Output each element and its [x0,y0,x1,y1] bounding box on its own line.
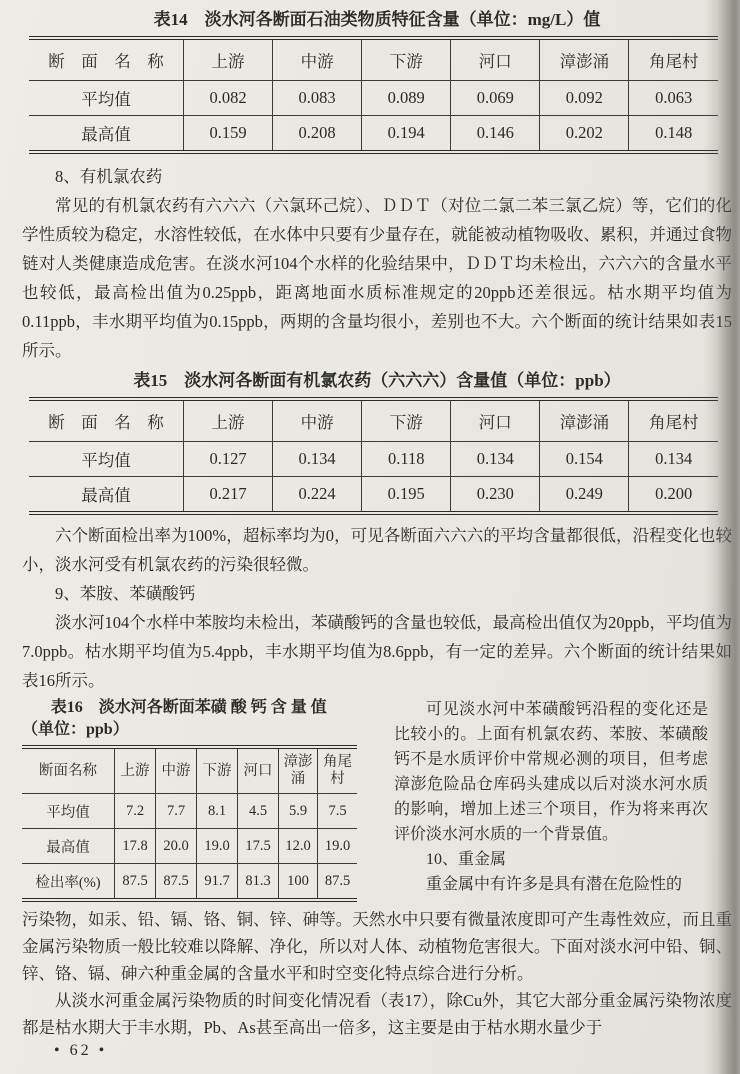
table16-block: 表16 淡水河各断面苯磺 酸 钙 含 量 值 （单位：ppb） 断面名称上游中游… [22,697,366,902]
value-cell: 20.0 [156,829,197,864]
value-cell: 7.7 [156,794,197,829]
table-16: 断面名称上游中游下游河口漳澎涌角尾村平均值7.27.78.14.55.97.5最… [22,745,366,902]
value-cell: 0.134 [273,442,362,477]
value-cell: 0.069 [451,81,540,116]
value-cell: 87.5 [318,864,358,901]
value-cell: 0.118 [362,442,451,477]
column-header-cell: 角尾村 [318,747,358,794]
table16-title: 表16 淡水河各断面苯磺 酸 钙 含 量 值 （单位：ppb） [22,697,366,741]
table16-title-line2: （单位：ppb） [22,719,366,741]
right-text-column: 可见淡水河中苯磺酸钙沿程的变化还是比较小的。上面有机氯农药、苯胺、苯磺酸钙不是水… [394,697,708,902]
value-cell: 0.083 [273,81,362,116]
section9-heading: 9、苯胺、苯磺酸钙 [22,579,732,608]
value-cell: 0.134 [629,442,718,477]
table-14: 断 面 名 称上游中游下游河口漳澎涌角尾村平均值0.0820.0830.0890… [22,36,732,154]
column-header-cell: 角尾村 [629,399,718,442]
table16-title-line1: 表16 淡水河各断面苯磺 酸 钙 含 量 值 [22,697,366,719]
section9-paragraph: 淡水河104个水样中苯胺均未检出，苯磺酸钙的含量也较低，最高检出值仅为20ppb… [22,608,732,695]
page-content: 表14 淡水河各断面石油类物质特征含量（单位：mg/L）值 断 面 名 称上游中… [0,0,740,1041]
column-header-cell: 断面名称 [22,747,115,794]
column-header-cell: 河口 [451,399,540,442]
right-column-paragraph: 可见淡水河中苯磺酸钙沿程的变化还是比较小的。上面有机氯农药、苯胺、苯磺酸钙不是水… [394,697,708,847]
row-label-cell: 平均值 [29,81,184,116]
data-table: 断 面 名 称上游中游下游河口漳澎涌角尾村平均值0.1270.1340.1180… [29,397,718,515]
row-label-cell: 平均值 [29,442,184,477]
value-cell: 0.224 [273,477,362,514]
row-label-cell: 最高值 [29,116,184,153]
column-header-cell: 漳澎涌 [540,38,629,81]
value-cell: 17.8 [115,829,156,864]
row-label-cell: 最高值 [22,829,115,864]
column-header-cell: 角尾村 [629,38,718,81]
column-header-cell: 中游 [273,399,362,442]
section10-paragraph-start: 重金属中有许多是具有潜在危险性的 [394,872,708,897]
column-header-cell: 中游 [156,747,197,794]
column-header-cell: 漳澎涌 [540,399,629,442]
column-header-cell: 下游 [362,38,451,81]
section10-heading: 10、重金属 [394,847,708,872]
column-header-cell: 上游 [115,747,156,794]
section10-paragraph-continued: 污染物，如汞、铅、镉、铬、铜、锌、砷等。天然水中只要有微量浓度即可产生毒性效应，… [22,906,732,987]
value-cell: 17.5 [238,829,279,864]
column-header-cell: 中游 [273,38,362,81]
two-column-block: 表16 淡水河各断面苯磺 酸 钙 含 量 值 （单位：ppb） 断面名称上游中游… [22,697,732,902]
value-cell: 0.089 [362,81,451,116]
value-cell: 100 [279,864,318,901]
section10-paragraph-2: 从淡水河重金属污染物质的时间变化情况看（表17），除Cu外，其它大部分重金属污染… [22,987,732,1041]
row-label-cell: 检出率(%) [22,864,115,901]
value-cell: 0.154 [540,442,629,477]
page-number: • 62 • [54,1042,107,1060]
value-cell: 7.2 [115,794,156,829]
value-cell: 0.082 [184,81,273,116]
table15-title: 表15 淡水河各断面有机氯农药（六六六）含量值（单位：ppb） [22,369,732,393]
column-header-cell: 断 面 名 称 [29,399,184,442]
value-cell: 0.134 [451,442,540,477]
column-header-cell: 下游 [362,399,451,442]
section8-heading: 8、有机氯农药 [22,162,732,191]
value-cell: 0.217 [184,477,273,514]
row-label-cell: 平均值 [22,794,115,829]
value-cell: 0.063 [629,81,718,116]
column-header-cell: 断 面 名 称 [29,38,184,81]
value-cell: 0.249 [540,477,629,514]
value-cell: 19.0 [197,829,238,864]
value-cell: 0.208 [273,116,362,153]
value-cell: 0.127 [184,442,273,477]
value-cell: 0.230 [451,477,540,514]
column-header-cell: 上游 [184,38,273,81]
column-header-cell: 河口 [238,747,279,794]
table14-title: 表14 淡水河各断面石油类物质特征含量（单位：mg/L）值 [22,8,732,32]
table-15: 断 面 名 称上游中游下游河口漳澎涌角尾村平均值0.1270.1340.1180… [22,397,732,515]
value-cell: 5.9 [279,794,318,829]
scanned-page: 表14 淡水河各断面石油类物质特征含量（单位：mg/L）值 断 面 名 称上游中… [0,0,740,1074]
value-cell: 87.5 [156,864,197,901]
value-cell: 0.200 [629,477,718,514]
column-header-cell: 河口 [451,38,540,81]
value-cell: 0.195 [362,477,451,514]
value-cell: 12.0 [279,829,318,864]
value-cell: 0.146 [451,116,540,153]
value-cell: 0.159 [184,116,273,153]
data-table: 断 面 名 称上游中游下游河口漳澎涌角尾村平均值0.0820.0830.0890… [29,36,718,154]
value-cell: 19.0 [318,829,358,864]
value-cell: 4.5 [238,794,279,829]
value-cell: 0.148 [629,116,718,153]
value-cell: 81.3 [238,864,279,901]
after-table15-paragraph: 六个断面检出率为100%，超标率均为0，可见各断面六六六的平均含量都很低，沿程变… [22,521,732,579]
section8-paragraph: 常见的有机氯农药有六六六（六氯环己烷）、ＤＤＴ（对位二氯二苯三氯乙烷）等，它们的… [22,191,732,365]
value-cell: 87.5 [115,864,156,901]
data-table: 断面名称上游中游下游河口漳澎涌角尾村平均值7.27.78.14.55.97.5最… [22,745,357,902]
value-cell: 0.194 [362,116,451,153]
value-cell: 7.5 [318,794,358,829]
column-header-cell: 漳澎涌 [279,747,318,794]
value-cell: 91.7 [197,864,238,901]
column-header-cell: 下游 [197,747,238,794]
column-header-cell: 上游 [184,399,273,442]
value-cell: 0.092 [540,81,629,116]
row-label-cell: 最高值 [29,477,184,514]
value-cell: 0.202 [540,116,629,153]
value-cell: 8.1 [197,794,238,829]
